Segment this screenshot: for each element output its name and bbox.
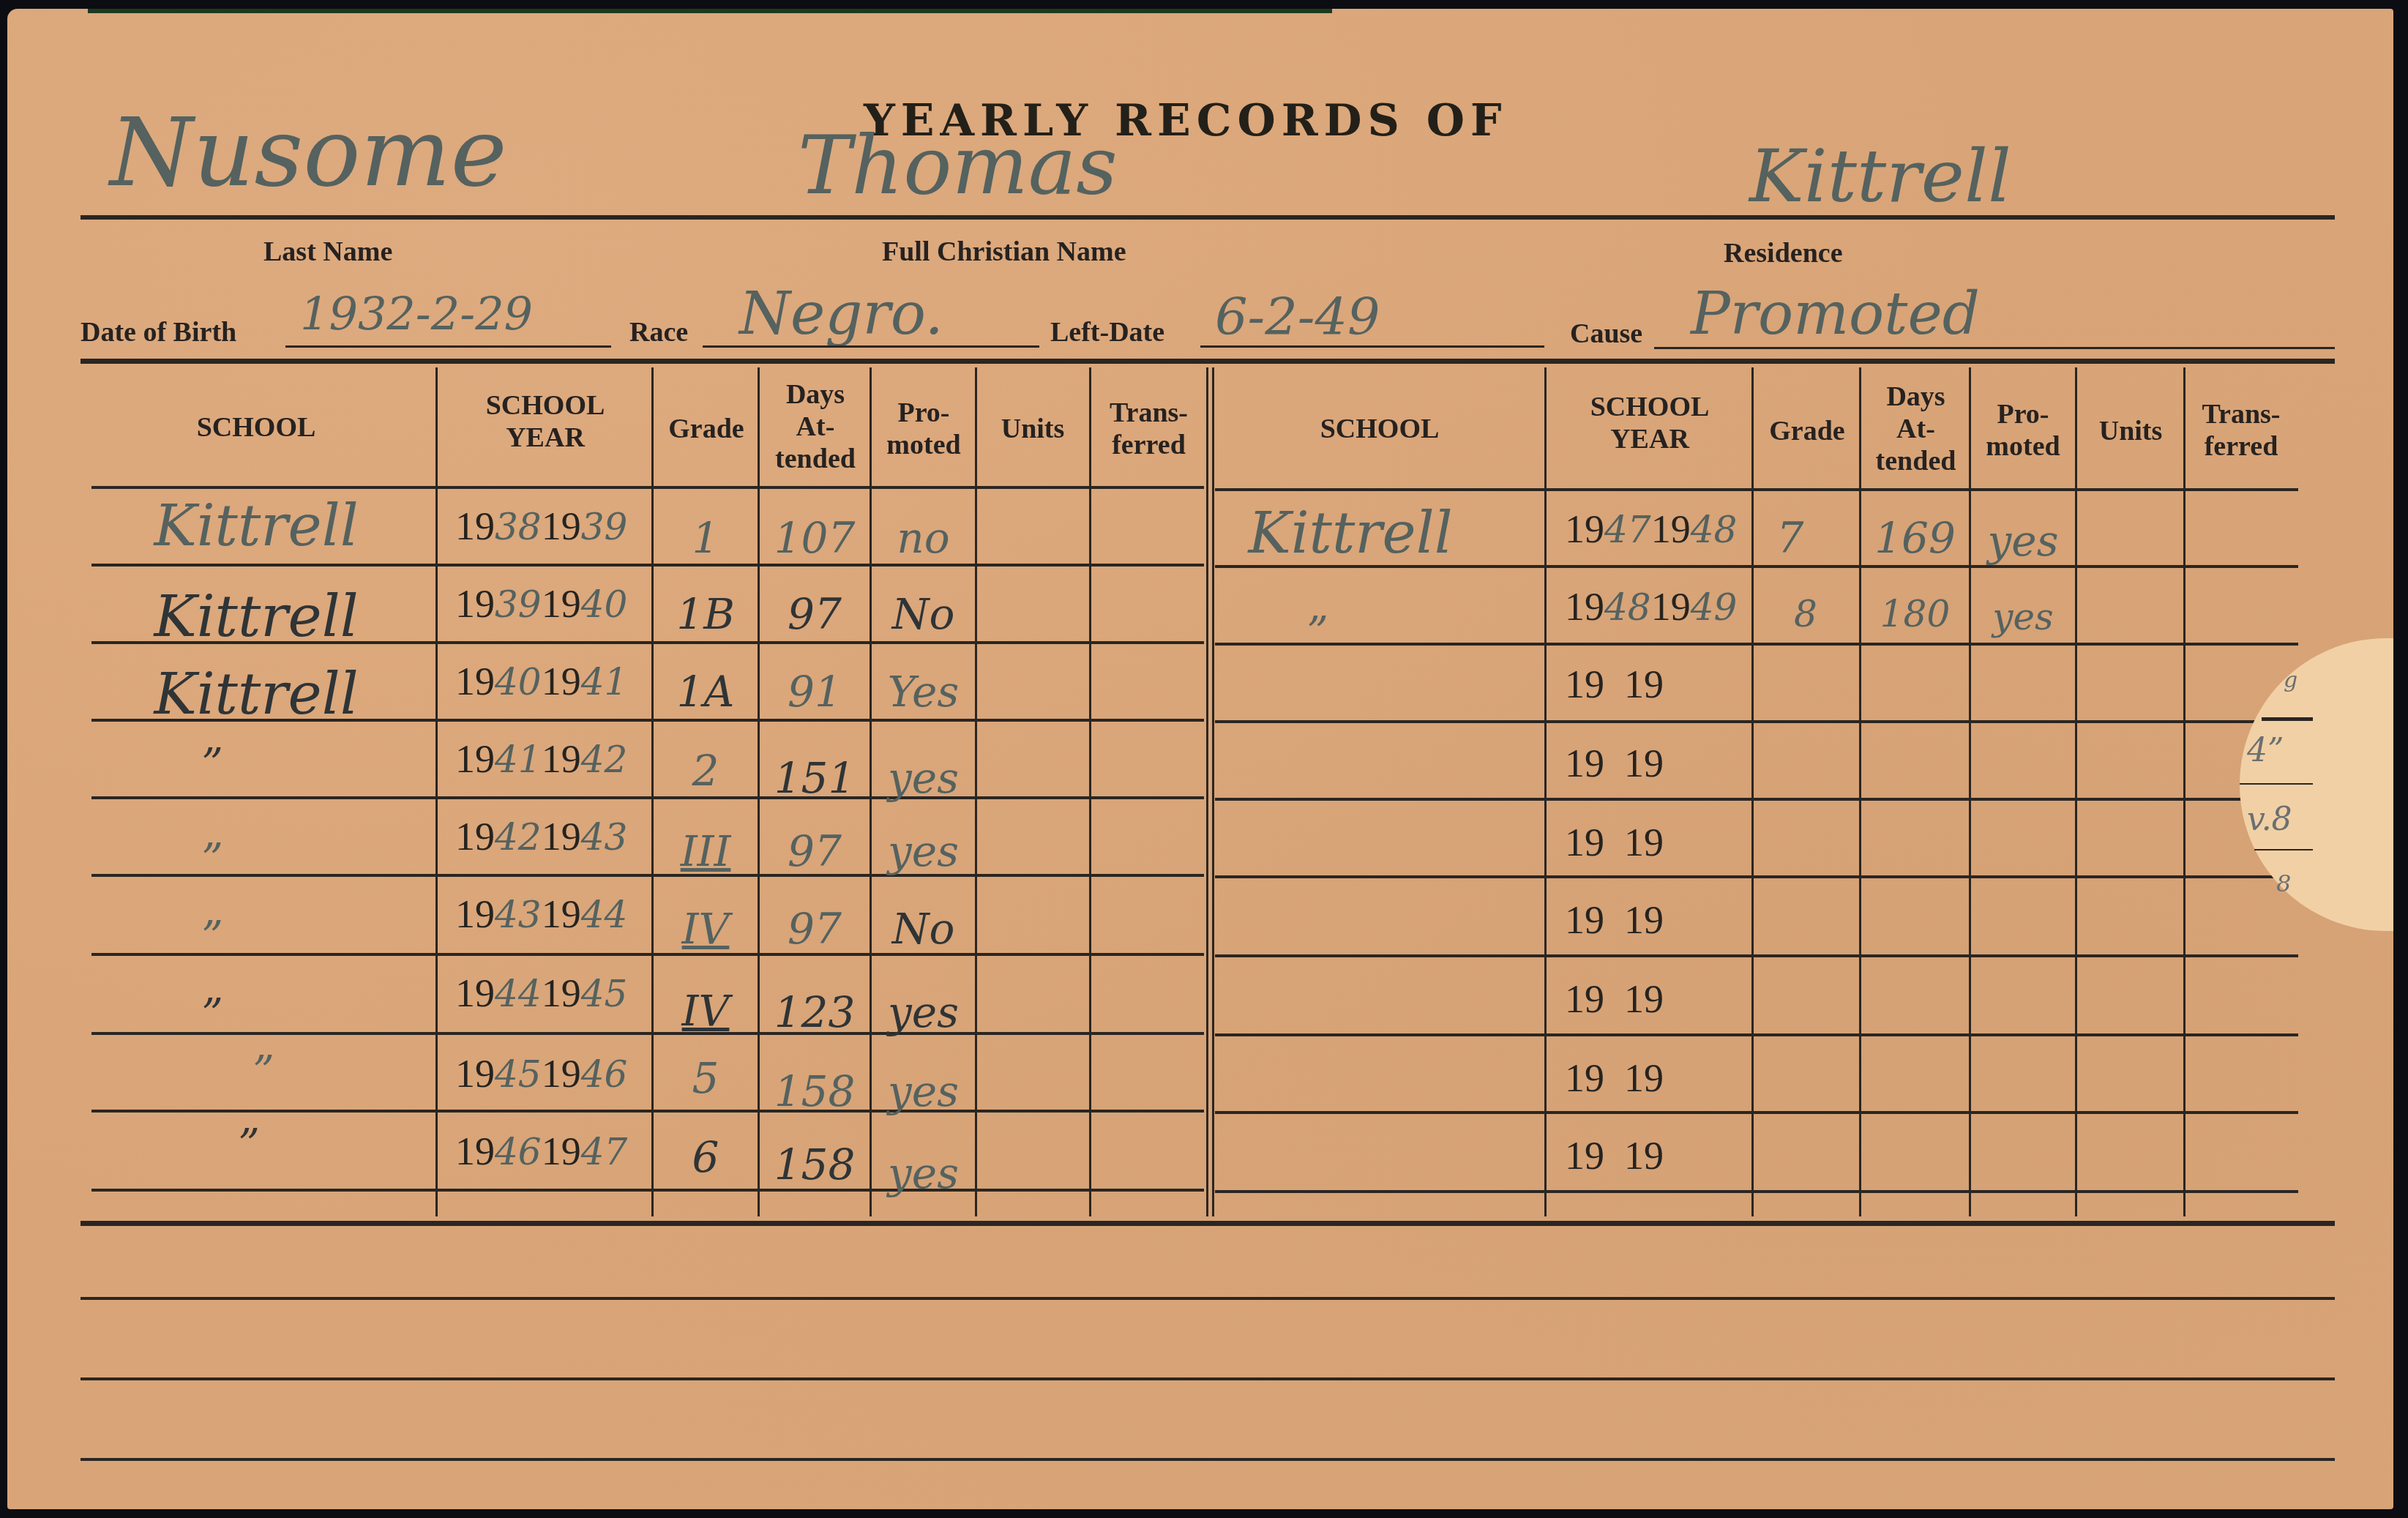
center-double-divider bbox=[1206, 367, 1208, 1216]
dob-label: Date of Birth bbox=[81, 316, 236, 348]
right-row-3-year: 19 19 bbox=[1565, 662, 1664, 707]
header-days-line3: tended bbox=[761, 443, 870, 475]
year-prefix: 19 bbox=[1624, 1134, 1664, 1178]
year-from: 41 bbox=[495, 739, 542, 781]
right-row-2-promoted: yes bbox=[1971, 580, 2075, 654]
row-rule bbox=[1215, 488, 2298, 491]
left-row-8-promoted: yes bbox=[872, 1054, 975, 1129]
left-row-7-promoted: yes bbox=[872, 975, 975, 1050]
header-school: SCHOOL bbox=[95, 411, 417, 444]
header-school-year: SCHOOL YEAR bbox=[439, 389, 651, 454]
right-row-2-school: ” bbox=[1274, 594, 1361, 669]
left-row-7-days: 123 bbox=[760, 975, 870, 1050]
year-prefix: 19 bbox=[455, 1129, 495, 1173]
left-row-1-days: 107 bbox=[760, 501, 870, 575]
year-from: 38 bbox=[495, 506, 542, 548]
left-row-3-days: 91 bbox=[760, 654, 870, 729]
name-underline bbox=[81, 215, 2335, 220]
left-row-3-grade: 1A bbox=[654, 654, 758, 729]
left-row-2-year: 19391940 bbox=[455, 581, 627, 627]
left-date-label: Left-Date bbox=[1050, 316, 1164, 348]
left-row-6-grade: IV bbox=[654, 891, 758, 966]
row-rule bbox=[91, 1189, 1204, 1192]
year-prefix: 19 bbox=[1565, 507, 1604, 551]
left-row-8-grade: 5 bbox=[654, 1041, 758, 1115]
left-row-3-school: Kittrell bbox=[102, 657, 410, 732]
table-top-rule bbox=[81, 359, 2335, 364]
right-row-9-year: 19 19 bbox=[1565, 1133, 1664, 1178]
left-row-2-grade: 1B bbox=[654, 577, 758, 651]
right-row-1-grade: 7 bbox=[1754, 501, 1827, 575]
right-row-1-promoted: yes bbox=[1971, 504, 2075, 578]
header-school-year-right: SCHOOL YEAR bbox=[1548, 391, 1751, 455]
left-row-7-year: 19441945 bbox=[455, 971, 627, 1016]
header-promoted-right: Pro- moted bbox=[1972, 398, 2074, 463]
year-prefix: 19 bbox=[1624, 662, 1664, 706]
year-prefix: 19 bbox=[542, 1129, 581, 1173]
table-bottom-rule bbox=[81, 1221, 2335, 1226]
row-rule bbox=[1215, 1111, 2298, 1114]
year-prefix: 19 bbox=[455, 1052, 495, 1096]
tab-rule bbox=[2254, 849, 2313, 850]
header-days-line2: At- bbox=[761, 411, 870, 443]
year-from: 39 bbox=[495, 583, 542, 626]
left-row-9-year: 19461947 bbox=[455, 1129, 627, 1174]
scan-border bbox=[2393, 0, 2408, 1518]
year-prefix: 19 bbox=[1565, 585, 1604, 629]
tab-rule bbox=[2240, 783, 2313, 785]
header-school-year-line1: SCHOOL bbox=[439, 389, 651, 422]
year-prefix: 19 bbox=[455, 582, 495, 626]
header-transferred-line1: Trans- bbox=[1092, 397, 1205, 429]
left-row-1-school: Kittrell bbox=[102, 489, 410, 564]
left-row-5-grade: III bbox=[654, 814, 758, 889]
year-prefix: 19 bbox=[1565, 820, 1604, 864]
dob-underline bbox=[285, 345, 611, 348]
cause-value: Promoted bbox=[1691, 280, 1980, 348]
right-row-2-days: 180 bbox=[1861, 577, 1969, 651]
header-promoted-line2: moted bbox=[872, 429, 975, 461]
year-prefix: 19 bbox=[1651, 585, 1691, 629]
year-prefix: 19 bbox=[542, 815, 581, 859]
full-christian-name-label: Full Christian Name bbox=[882, 236, 1126, 268]
header-units: Units bbox=[978, 413, 1088, 445]
underlying-card-tab: g 4” v.8 8 bbox=[2240, 638, 2408, 931]
header-transferred: Trans- ferred bbox=[1092, 397, 1205, 461]
year-to: 46 bbox=[581, 1053, 628, 1096]
cause-label: Cause bbox=[1570, 318, 1642, 350]
left-row-4-year: 19411942 bbox=[455, 736, 627, 782]
header-promoted-line1: Pro- bbox=[872, 397, 975, 429]
year-prefix: 19 bbox=[1651, 507, 1691, 551]
year-to: 43 bbox=[581, 816, 628, 859]
year-prefix: 19 bbox=[455, 892, 495, 936]
left-date-underline bbox=[1200, 345, 1544, 348]
header-school-year-line2: YEAR bbox=[1548, 423, 1751, 455]
left-row-7-grade: IV bbox=[654, 973, 758, 1048]
row-rule bbox=[1215, 875, 2298, 878]
year-prefix: 19 bbox=[542, 1052, 581, 1096]
left-row-1-grade: 1 bbox=[654, 501, 758, 575]
right-row-7-year: 19 19 bbox=[1565, 976, 1664, 1022]
left-row-9-promoted: yes bbox=[872, 1136, 975, 1211]
left-date-value: 6-2-49 bbox=[1215, 287, 1380, 347]
residence-value: Kittrell bbox=[1749, 133, 2011, 219]
header-transferred-line2: ferred bbox=[2186, 430, 2296, 463]
year-prefix: 19 bbox=[1565, 741, 1604, 785]
year-to: 48 bbox=[1691, 509, 1738, 551]
header-days-attended-right: Days At- tended bbox=[1863, 381, 1969, 477]
left-row-1-promoted: no bbox=[872, 501, 975, 575]
tab-rule bbox=[2262, 717, 2313, 721]
year-from: 45 bbox=[495, 1053, 542, 1096]
year-to: 47 bbox=[581, 1131, 628, 1173]
year-prefix: 19 bbox=[542, 504, 581, 548]
year-to: 39 bbox=[581, 506, 628, 548]
header-units-right: Units bbox=[2079, 415, 2183, 447]
year-prefix: 19 bbox=[455, 504, 495, 548]
right-row-8-year: 19 19 bbox=[1565, 1055, 1664, 1101]
race-value: Negro. bbox=[739, 280, 943, 348]
row-rule bbox=[1215, 720, 2298, 723]
right-row-1-days: 169 bbox=[1861, 501, 1969, 575]
col-divider bbox=[975, 367, 977, 1216]
row-rule bbox=[91, 564, 1204, 567]
right-row-2-grade: 8 bbox=[1754, 577, 1858, 651]
left-row-5-days: 97 bbox=[760, 814, 870, 889]
left-row-2-promoted: No bbox=[872, 577, 975, 651]
right-row-1-school: Kittrell bbox=[1222, 496, 1478, 571]
last-name-value: Nusome bbox=[110, 97, 507, 208]
year-from: 48 bbox=[1604, 586, 1651, 629]
header-grade-right: Grade bbox=[1755, 415, 1859, 447]
left-row-5-year: 19421943 bbox=[455, 814, 627, 859]
year-prefix: 19 bbox=[1565, 1056, 1604, 1100]
col-divider bbox=[1089, 367, 1091, 1216]
year-prefix: 19 bbox=[1624, 1056, 1664, 1100]
left-row-4-school: ” bbox=[102, 726, 322, 801]
left-row-4-promoted: yes bbox=[872, 741, 975, 815]
left-row-5-promoted: yes bbox=[872, 814, 975, 889]
col-divider bbox=[1969, 367, 1971, 1216]
year-prefix: 19 bbox=[455, 815, 495, 859]
year-prefix: 19 bbox=[455, 971, 495, 1015]
left-row-4-grade: 2 bbox=[654, 733, 758, 808]
header-transferred-line2: ferred bbox=[1092, 429, 1205, 461]
left-row-8-school: ” bbox=[154, 1033, 373, 1108]
year-from: 42 bbox=[495, 816, 542, 859]
year-prefix: 19 bbox=[1624, 741, 1664, 785]
left-row-8-year: 19451946 bbox=[455, 1051, 627, 1096]
left-row-6-school: ” bbox=[102, 899, 322, 973]
year-prefix: 19 bbox=[542, 582, 581, 626]
year-prefix: 19 bbox=[1565, 1134, 1604, 1178]
record-card: YEARLY RECORDS OF Nusome Thomas Kittrell… bbox=[7, 9, 2393, 1509]
right-row-6-year: 19 19 bbox=[1565, 897, 1664, 943]
left-row-9-days: 158 bbox=[760, 1127, 870, 1202]
left-row-4-days: 151 bbox=[760, 741, 870, 815]
year-from: 46 bbox=[495, 1131, 542, 1173]
year-prefix: 19 bbox=[1565, 662, 1604, 706]
header-days-attended: Days At- tended bbox=[761, 378, 870, 475]
left-row-6-promoted: No bbox=[872, 891, 975, 966]
tab-mark: 8 bbox=[2276, 870, 2291, 897]
col-divider bbox=[1859, 367, 1861, 1216]
year-to: 41 bbox=[581, 661, 628, 703]
year-prefix: 19 bbox=[1624, 898, 1664, 942]
header-school-year-line2: YEAR bbox=[439, 422, 651, 454]
left-row-2-school: Kittrell bbox=[102, 580, 410, 654]
col-divider bbox=[2183, 367, 2185, 1216]
year-prefix: 19 bbox=[1624, 977, 1664, 1021]
left-row-9-grade: 6 bbox=[654, 1120, 758, 1194]
header-days-line1: Days bbox=[761, 378, 870, 411]
year-to: 45 bbox=[581, 973, 628, 1015]
right-row-1-year: 19471948 bbox=[1565, 506, 1737, 552]
year-prefix: 19 bbox=[455, 737, 495, 781]
year-prefix: 19 bbox=[455, 659, 495, 703]
year-from: 44 bbox=[495, 973, 542, 1015]
year-from: 47 bbox=[1604, 509, 1651, 551]
top-strip bbox=[88, 9, 1332, 13]
blank-line bbox=[81, 1297, 2335, 1300]
left-row-5-school: ” bbox=[102, 821, 322, 896]
row-rule bbox=[1215, 798, 2298, 801]
year-prefix: 19 bbox=[1565, 898, 1604, 942]
row-rule bbox=[1215, 1033, 2298, 1036]
year-prefix: 19 bbox=[542, 892, 581, 936]
header-transferred-line1: Trans- bbox=[2186, 398, 2296, 430]
header-days-line1: Days bbox=[1863, 381, 1969, 413]
blank-line bbox=[81, 1458, 2335, 1461]
header-promoted-line2: moted bbox=[1972, 430, 2074, 463]
header-transferred-right: Trans- ferred bbox=[2186, 398, 2296, 463]
tab-mark: 4” bbox=[2247, 732, 2284, 769]
year-prefix: 19 bbox=[542, 737, 581, 781]
header-school-year-line1: SCHOOL bbox=[1548, 391, 1751, 423]
right-row-2-year: 19481949 bbox=[1565, 584, 1737, 629]
tab-mark: g bbox=[2284, 668, 2297, 693]
header-days-line3: tended bbox=[1863, 445, 1969, 477]
left-row-9-school: ” bbox=[139, 1107, 359, 1181]
header-days-line2: At- bbox=[1863, 413, 1969, 445]
cause-underline bbox=[1654, 347, 2335, 349]
row-rule bbox=[1215, 1190, 2298, 1193]
right-row-4-year: 19 19 bbox=[1565, 741, 1664, 786]
left-row-3-promoted: Yes bbox=[872, 654, 975, 729]
left-row-8-days: 158 bbox=[760, 1054, 870, 1129]
last-name-label: Last Name bbox=[263, 236, 392, 268]
row-rule bbox=[1215, 954, 2298, 957]
year-to: 44 bbox=[581, 894, 628, 936]
left-row-6-days: 97 bbox=[760, 891, 870, 966]
col-divider bbox=[1544, 367, 1547, 1216]
left-row-1-year: 19381939 bbox=[455, 504, 627, 549]
year-to: 42 bbox=[581, 739, 628, 781]
col-divider bbox=[2075, 367, 2077, 1216]
year-prefix: 19 bbox=[1565, 977, 1604, 1021]
dob-value: 1932-2-29 bbox=[300, 287, 533, 340]
header-promoted-line1: Pro- bbox=[1972, 398, 2074, 430]
header-school-right: SCHOOL bbox=[1215, 413, 1544, 445]
full-christian-name-value: Thomas bbox=[798, 119, 1118, 212]
year-to: 49 bbox=[1691, 586, 1738, 629]
center-double-divider bbox=[1212, 367, 1214, 1216]
col-divider bbox=[1751, 367, 1754, 1216]
header-grade: Grade bbox=[655, 413, 758, 445]
tab-mark: v.8 bbox=[2247, 801, 2292, 838]
year-prefix: 19 bbox=[542, 659, 581, 703]
year-from: 40 bbox=[495, 661, 542, 703]
race-label: Race bbox=[629, 316, 688, 348]
year-prefix: 19 bbox=[542, 971, 581, 1015]
year-from: 43 bbox=[495, 894, 542, 936]
blank-line bbox=[81, 1377, 2335, 1380]
year-prefix: 19 bbox=[1624, 820, 1664, 864]
year-to: 40 bbox=[581, 583, 628, 626]
right-row-5-year: 19 19 bbox=[1565, 820, 1664, 865]
header-promoted: Pro- moted bbox=[872, 397, 975, 461]
left-row-3-year: 19401941 bbox=[455, 659, 627, 704]
left-row-6-year: 19431944 bbox=[455, 891, 627, 937]
race-underline bbox=[703, 345, 1039, 348]
residence-label: Residence bbox=[1724, 237, 1843, 269]
col-divider bbox=[435, 367, 438, 1216]
left-row-2-days: 97 bbox=[760, 577, 870, 651]
